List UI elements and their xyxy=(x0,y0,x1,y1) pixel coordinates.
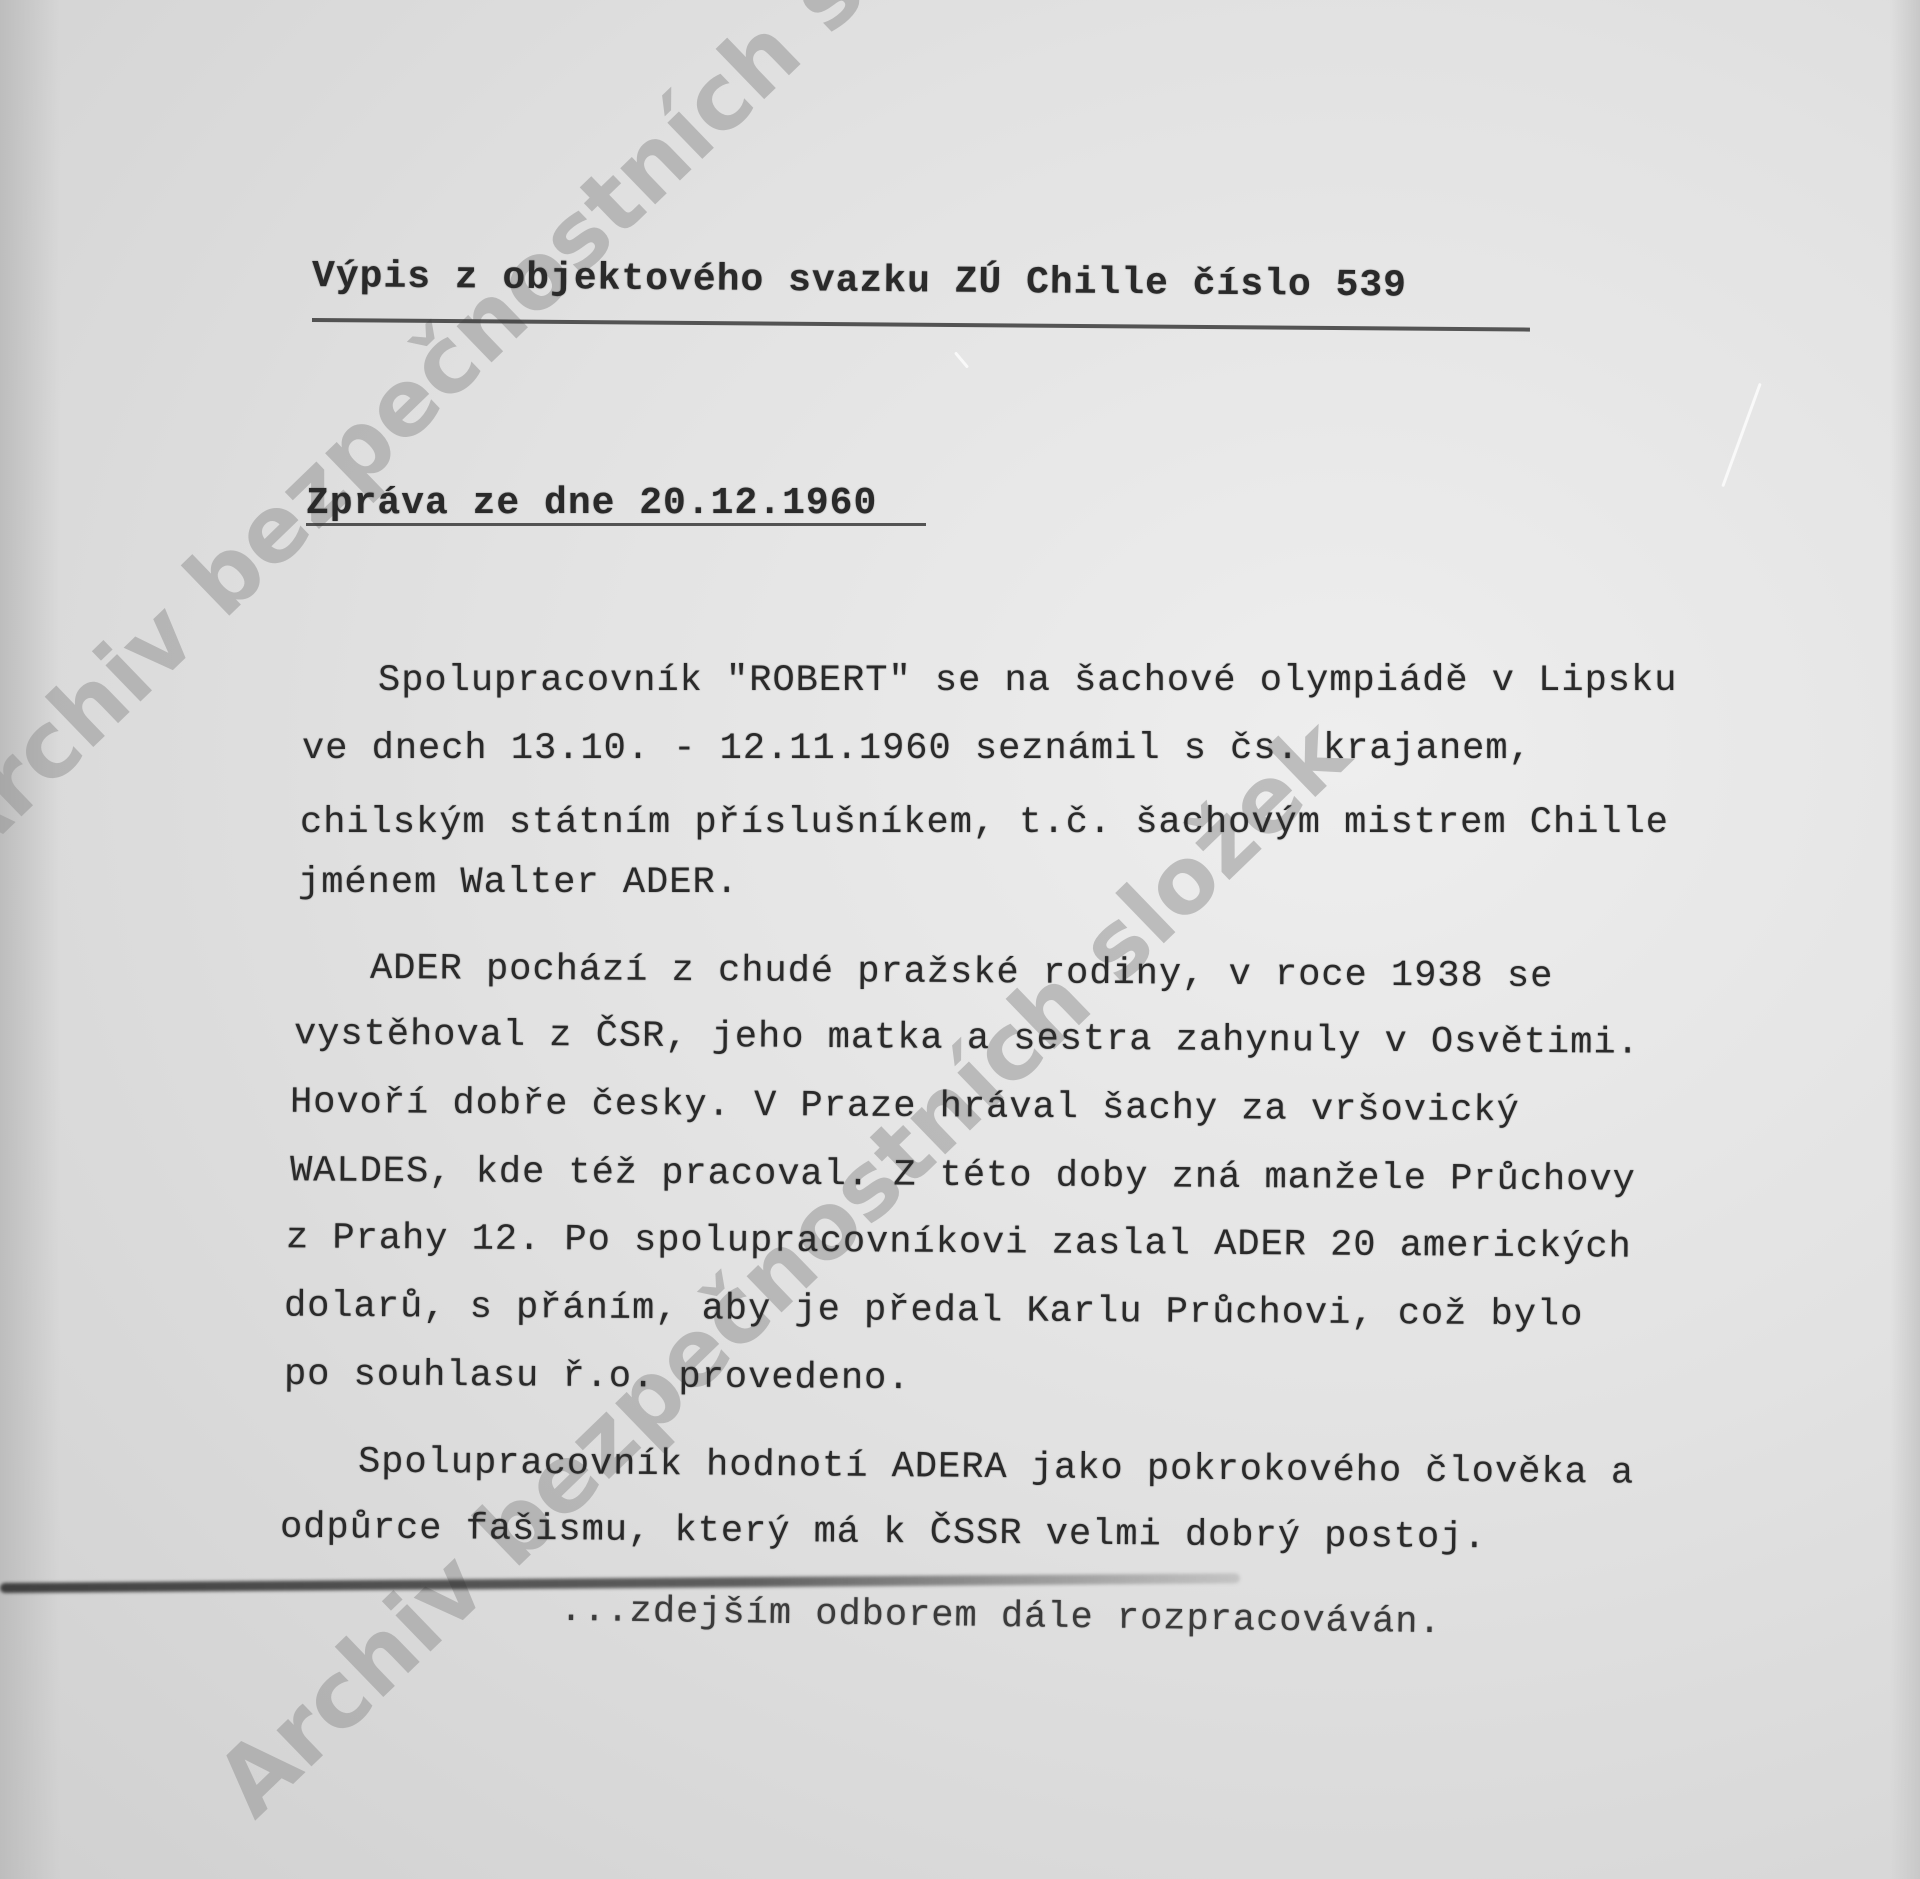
paragraph-line: Spolupracovník "ROBERT" se na šachové ol… xyxy=(378,660,1677,702)
paragraph-line: WALDES, kde též pracoval. Z této doby zn… xyxy=(290,1150,1636,1201)
paragraph-line: ve dnech 13.10. - 12.11.1960 seznámil s … xyxy=(302,728,1532,770)
report-heading-underline xyxy=(306,523,926,526)
paragraph-line: vystěhoval z ČSR, jeho matka a sestra za… xyxy=(294,1013,1640,1064)
paragraph-line: ADER pochází z chudé pražské rodiny, v r… xyxy=(370,948,1554,998)
paragraph-line: Hovoří dobře česky. V Praze hrával šachy… xyxy=(290,1082,1520,1133)
report-heading: Zpráva ze dne 20.12.1960 xyxy=(306,482,877,525)
scanned-document-page: Archiv bezpečnostních složek Archiv bezp… xyxy=(0,0,1920,1879)
page-shadow-left xyxy=(0,0,60,1879)
film-scratch xyxy=(954,351,969,368)
paragraph-line: jménem Walter ADER. xyxy=(298,862,739,904)
paragraph-line: po souhlasu ř.o. provedeno. xyxy=(284,1354,911,1400)
page-shadow-right xyxy=(1890,0,1920,1879)
film-scratch xyxy=(1721,383,1761,487)
paragraph-line: chilským státním příslušníkem, t.č. šach… xyxy=(300,802,1669,844)
paragraph-line: dolarů, s přáním, aby je předal Karlu Pr… xyxy=(284,1285,1584,1336)
paragraph-line-obscured: ...zdejším odborem dále rozpracováván. xyxy=(560,1590,1442,1644)
paragraph-line: z Prahy 12. Po spolupracovníkovi zaslal … xyxy=(286,1217,1632,1268)
